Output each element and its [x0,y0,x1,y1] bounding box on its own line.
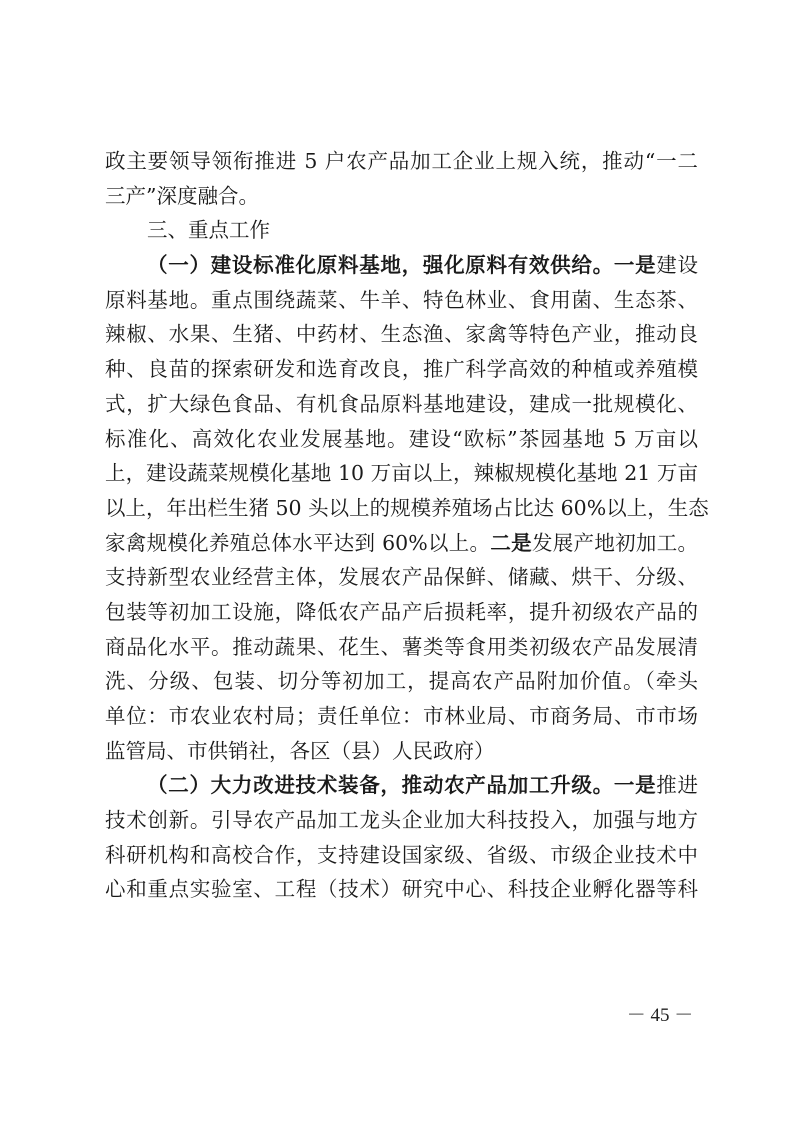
paragraph-line: 种、良苗的探索研发和选育改良，推广科学高效的种植或养殖模 [105,352,698,387]
responsibility-note: 单位：市农业农村局；责任单位：市林业局、市商务局、市市场 [105,699,698,734]
document-page: 政主要领导领衔推进 5 户农产品加工企业上规入统，推动“一二 三产”深度融合。 … [105,144,698,907]
paragraph-text: 发展产地初加工。 [532,531,698,555]
point-marker: 一是 [614,773,656,797]
point-marker: 一是 [614,253,656,277]
paragraph-text: 推进 [656,773,698,797]
paragraph-line: 上，建设蔬菜规模化基地 10 万亩以上，辣椒规模化基地 21 万亩 [105,456,698,491]
responsibility-note: 监管局、市供销社，各区（县）人民政府） [105,734,698,769]
paragraph-line: 家禽规模化养殖总体水平达到 60%以上。二是发展产地初加工。 [105,526,698,561]
paragraph-line: 科研机构和高校合作，支持建设国家级、省级、市级企业技术中 [105,838,698,873]
paragraph-line: 以上，年出栏生猪 50 头以上的规模养殖场占比达 60%以上，生态 [105,491,698,526]
paragraph-line: 原料基地。重点围绕蔬菜、牛羊、特色林业、食用菌、生态茶、 [105,283,698,318]
responsibility-note: （牵头 [645,669,698,693]
paragraph-line: 标准化、高效化农业发展基地。建设“欧标”茶园基地 5 万亩以 [105,422,698,457]
subsection-title-line: （二）大力改进技术装备，推动农产品加工升级。一是推进 [105,768,698,803]
paragraph-text: 家禽规模化养殖总体水平达到 60%以上。 [105,531,490,555]
subsection-title: （一）建设标准化原料基地，强化原料有效供给。 [147,253,614,277]
paragraph-line: 洗、分级、包装、切分等初加工，提高农产品附加价值。（牵头 [105,664,698,699]
paragraph-text: 建设 [656,253,698,277]
paragraph-line: 包装等初加工设施，降低农产品产后损耗率，提升初级农产品的 [105,595,698,630]
paragraph-line: 心和重点实验室、工程（技术）研究中心、科技企业孵化器等科 [105,872,698,907]
section-heading: 三、重点工作 [105,213,698,248]
subsection-title-line: （一）建设标准化原料基地，强化原料有效供给。一是建设 [105,248,698,283]
page-number: － 45 － [610,1000,710,1027]
paragraph-line: 技术创新。引导农产品加工龙头企业加大科技投入，加强与地方 [105,803,698,838]
paragraph-line: 政主要领导领衔推进 5 户农产品加工企业上规入统，推动“一二 [105,144,698,179]
paragraph-line: 支持新型农业经营主体，发展农产品保鲜、储藏、烘干、分级、 [105,560,698,595]
point-marker: 二是 [490,531,532,555]
paragraph-line: 商品化水平。推动蔬果、花生、薯类等食用类初级农产品发展清 [105,630,698,665]
subsection-title: （二）大力改进技术装备，推动农产品加工升级。 [147,773,614,797]
paragraph-text: 洗、分级、包装、切分等初加工，提高农产品附加价值。 [105,669,645,693]
paragraph-line: 三产”深度融合。 [105,179,698,214]
paragraph-line: 式，扩大绿色食品、有机食品原料基地建设，建成一批规模化、 [105,387,698,422]
paragraph-line: 辣椒、水果、生猪、中药材、生态渔、家禽等特色产业，推动良 [105,317,698,352]
